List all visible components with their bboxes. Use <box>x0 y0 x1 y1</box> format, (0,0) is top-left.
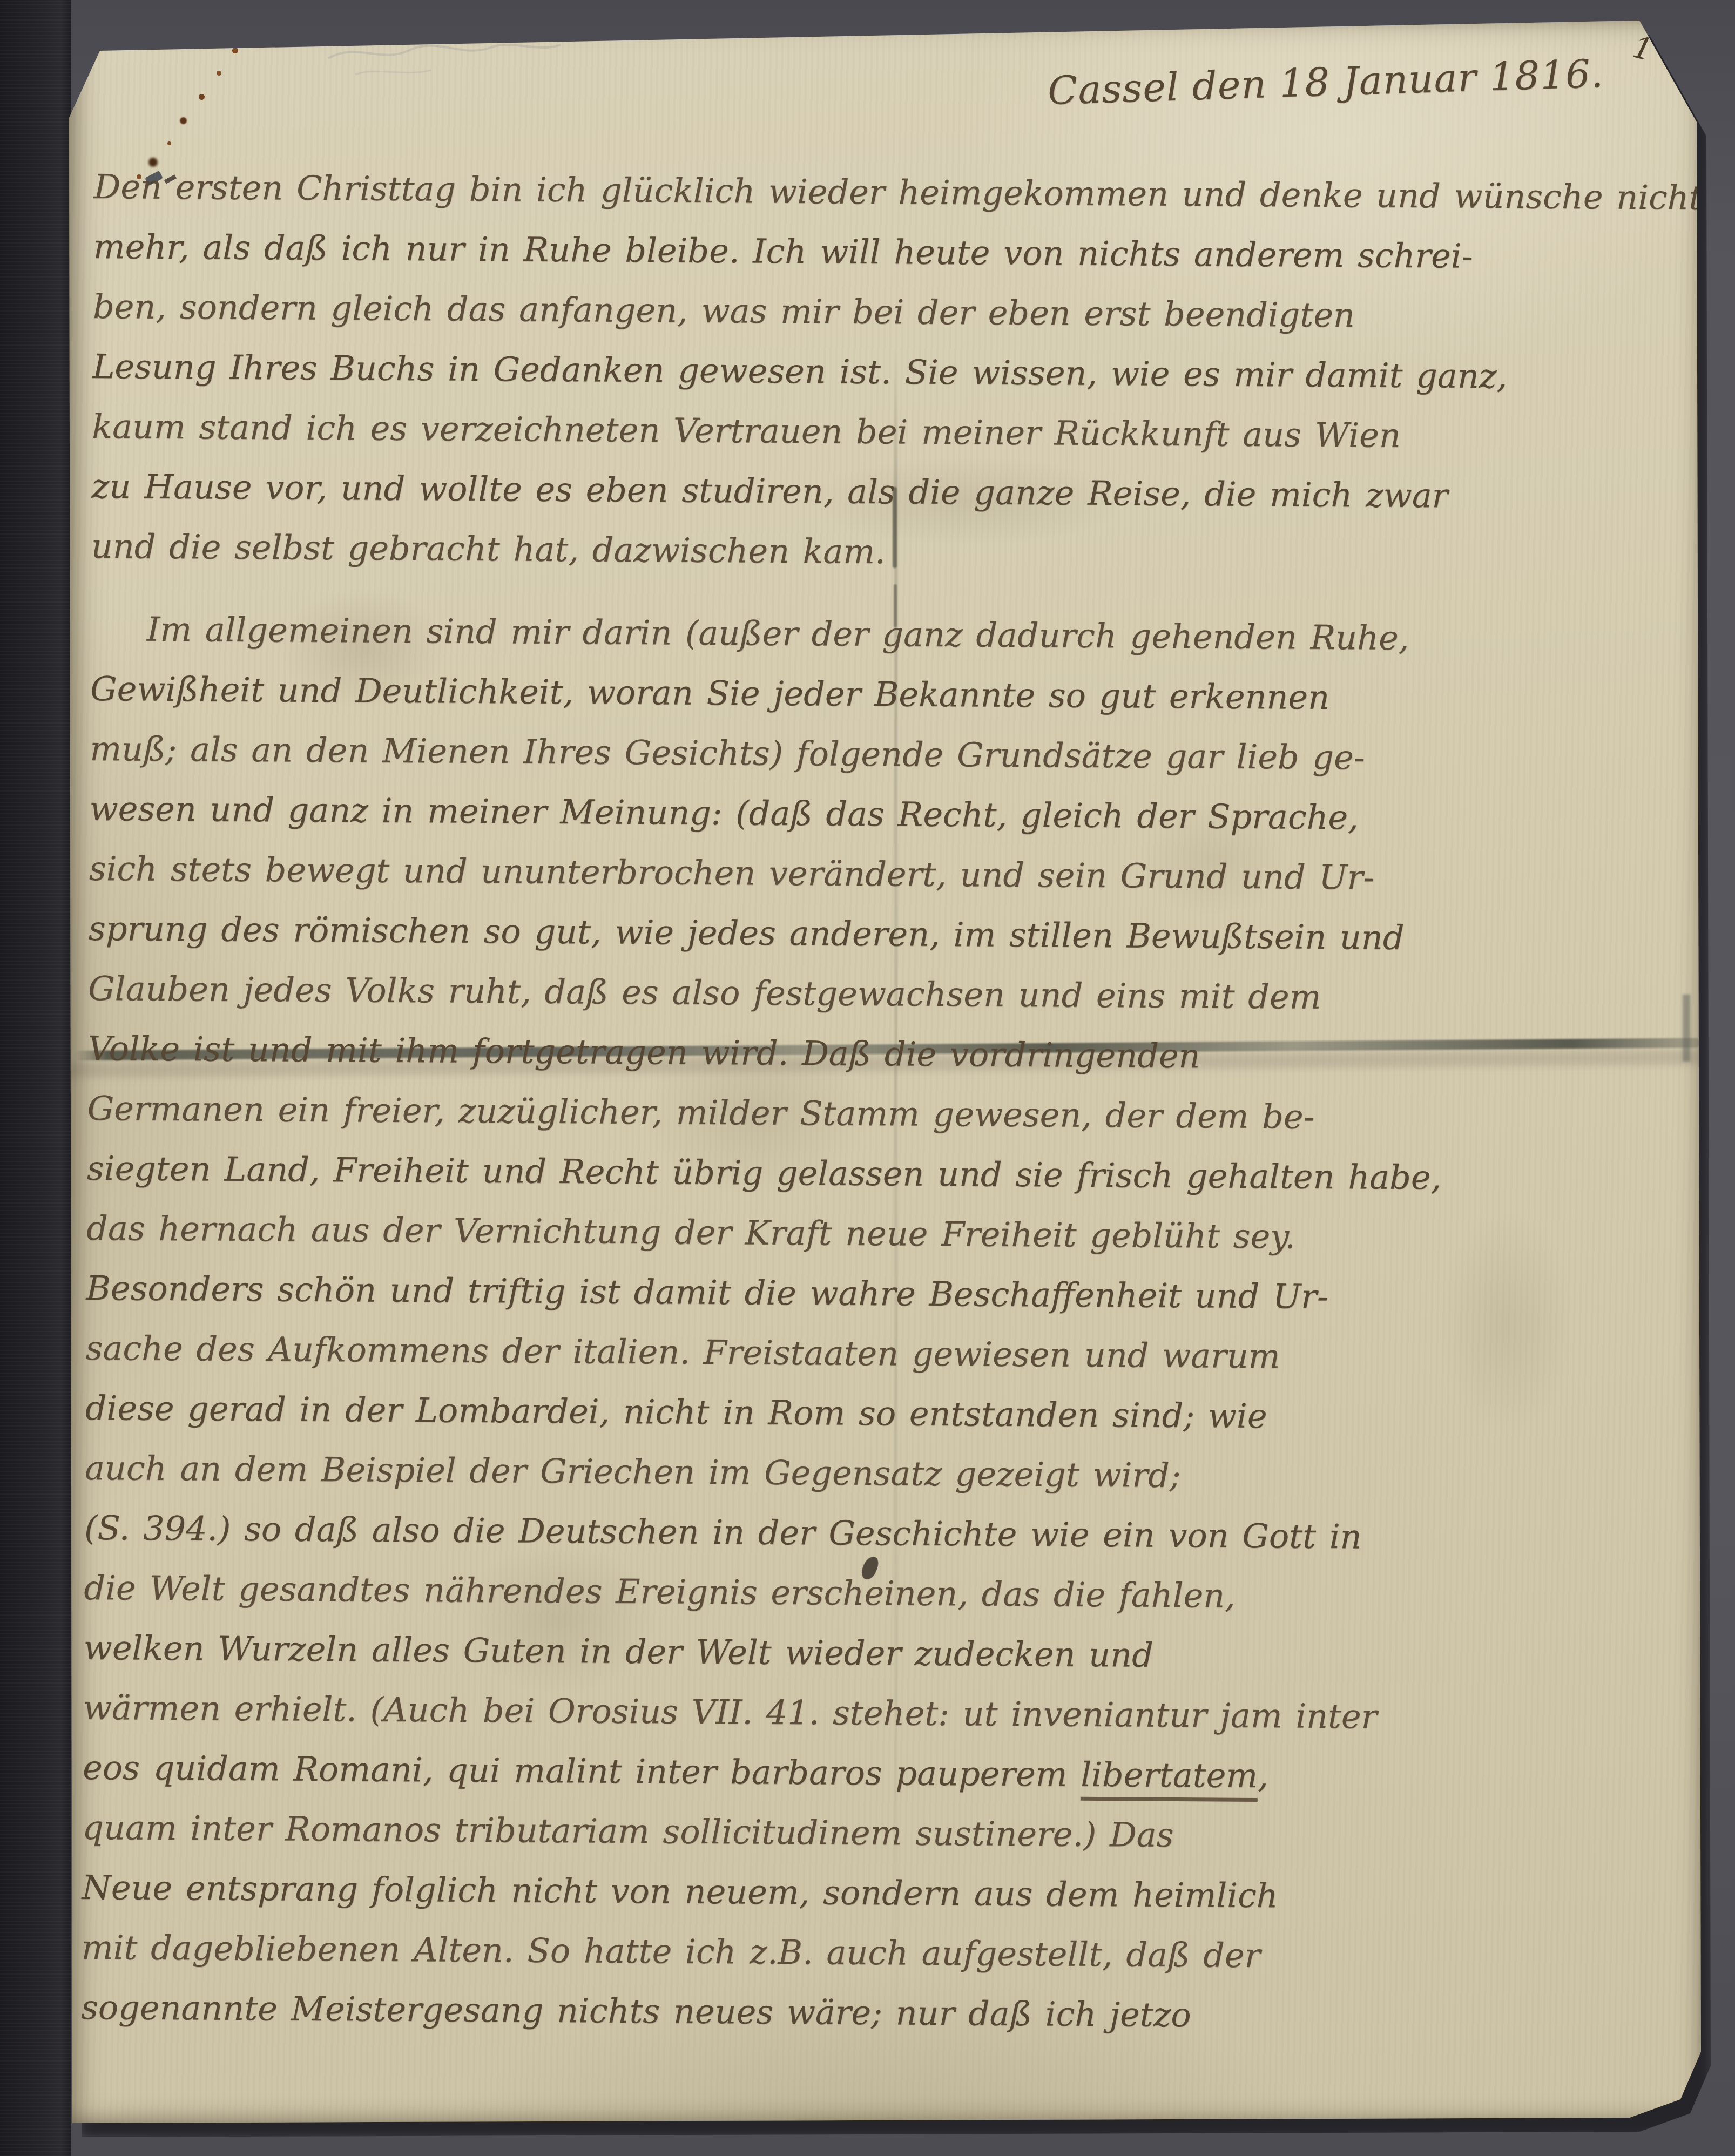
letter-line: Glauben jedes Volks ruht, daß es also fe… <box>88 958 1679 1030</box>
dateline: Cassel den 18 Januar 1816. <box>1047 49 1669 113</box>
letter-line: kaum stand ich es verzeichneten Vertraue… <box>92 396 1683 468</box>
binding-strip <box>0 0 71 2156</box>
underlined-word: libertatem <box>1081 1755 1258 1802</box>
letter-line: sache des Aufkommens der italien. Freist… <box>85 1318 1676 1389</box>
letter-line: mit dagebliebenen Alten. So hatte ich z.… <box>81 1917 1672 1989</box>
letter-line: mehr, als daß ich nur in Ruhe bleibe. Ic… <box>93 217 1684 288</box>
letter-paragraph: Den ersten Christtag bin ich glücklich w… <box>91 157 1684 587</box>
letter-line: auch an dem Beispiel der Griechen im Geg… <box>85 1438 1676 1509</box>
letter-line: zu Hause vor, und wollte es eben studire… <box>91 456 1682 528</box>
letter-line: Gewißheit und Deutlichkeit, woran Sie je… <box>90 659 1681 730</box>
letter-body: Den ersten Christtag bin ich glücklich w… <box>81 157 1684 2048</box>
letter-line: ben, sondern gleich das anfangen, was mi… <box>93 276 1684 348</box>
edge-smudge <box>1683 995 1690 1062</box>
rust-stain <box>232 48 238 53</box>
letter-line: diese gerad in der Lombardei, nicht in R… <box>85 1378 1676 1449</box>
letter-line: quam inter Romanos tributariam sollicitu… <box>82 1797 1673 1869</box>
letter-line: (S. 394.) so daß also die Deutschen in d… <box>84 1498 1675 1569</box>
letter-line: siegten Land, Freiheit und Recht übrig g… <box>87 1138 1678 1209</box>
letter-line: Den ersten Christtag bin ich glücklich w… <box>93 157 1684 228</box>
letter-line: Lesung Ihres Buchs in Gedanken gewesen i… <box>92 336 1683 408</box>
letter-line: Germanen ein freier, zuzüglicher, milder… <box>87 1078 1678 1150</box>
pencil-marks <box>323 21 604 85</box>
letter-line: die Welt gesandtes nährendes Ereignis er… <box>84 1558 1675 1629</box>
letter-line: Volke ist und mit ihm fortgetragen wird.… <box>87 1018 1678 1090</box>
scanned-letter-screen: Cassel den 18 Januar 1816. 1 Den ersten … <box>0 0 1735 2156</box>
letter-line: Besonders schön und triftig ist damit di… <box>86 1258 1677 1329</box>
letter-paragraph: Im allgemeinen sind mir darin (außer der… <box>81 599 1682 2048</box>
letter-line: das hernach aus der Vernichtung der Kraf… <box>86 1198 1677 1269</box>
letter-line: Im allgemeinen sind mir darin (außer der… <box>91 599 1682 670</box>
letter-line: wärmen erhielt. (Auch bei Orosius VII. 4… <box>83 1678 1674 1749</box>
letter-line: welken Wurzeln alles Guten in der Welt w… <box>83 1618 1674 1689</box>
letter-line: sogenannte Meistergesang nichts neues wä… <box>81 1977 1672 2049</box>
letter-line: Neue entsprang folglich nicht von neuem,… <box>82 1857 1672 1929</box>
letter-line: wesen und ganz in meiner Meinung: (daß d… <box>89 779 1680 850</box>
letter-line: eos quidam Romani, qui malint inter barb… <box>83 1738 1673 1809</box>
letter-line: sprung des römischen so gut, wie jedes a… <box>89 898 1679 970</box>
letter-line: muß; als an den Mienen Ihres Gesichts) f… <box>90 719 1680 790</box>
letter-line: und die selbst gebracht hat, dazwischen … <box>91 516 1682 587</box>
letter-line: sich stets bewegt und ununterbrochen ver… <box>89 839 1679 910</box>
letter-page: Cassel den 18 Januar 1816. 1 Den ersten … <box>69 16 1703 2125</box>
